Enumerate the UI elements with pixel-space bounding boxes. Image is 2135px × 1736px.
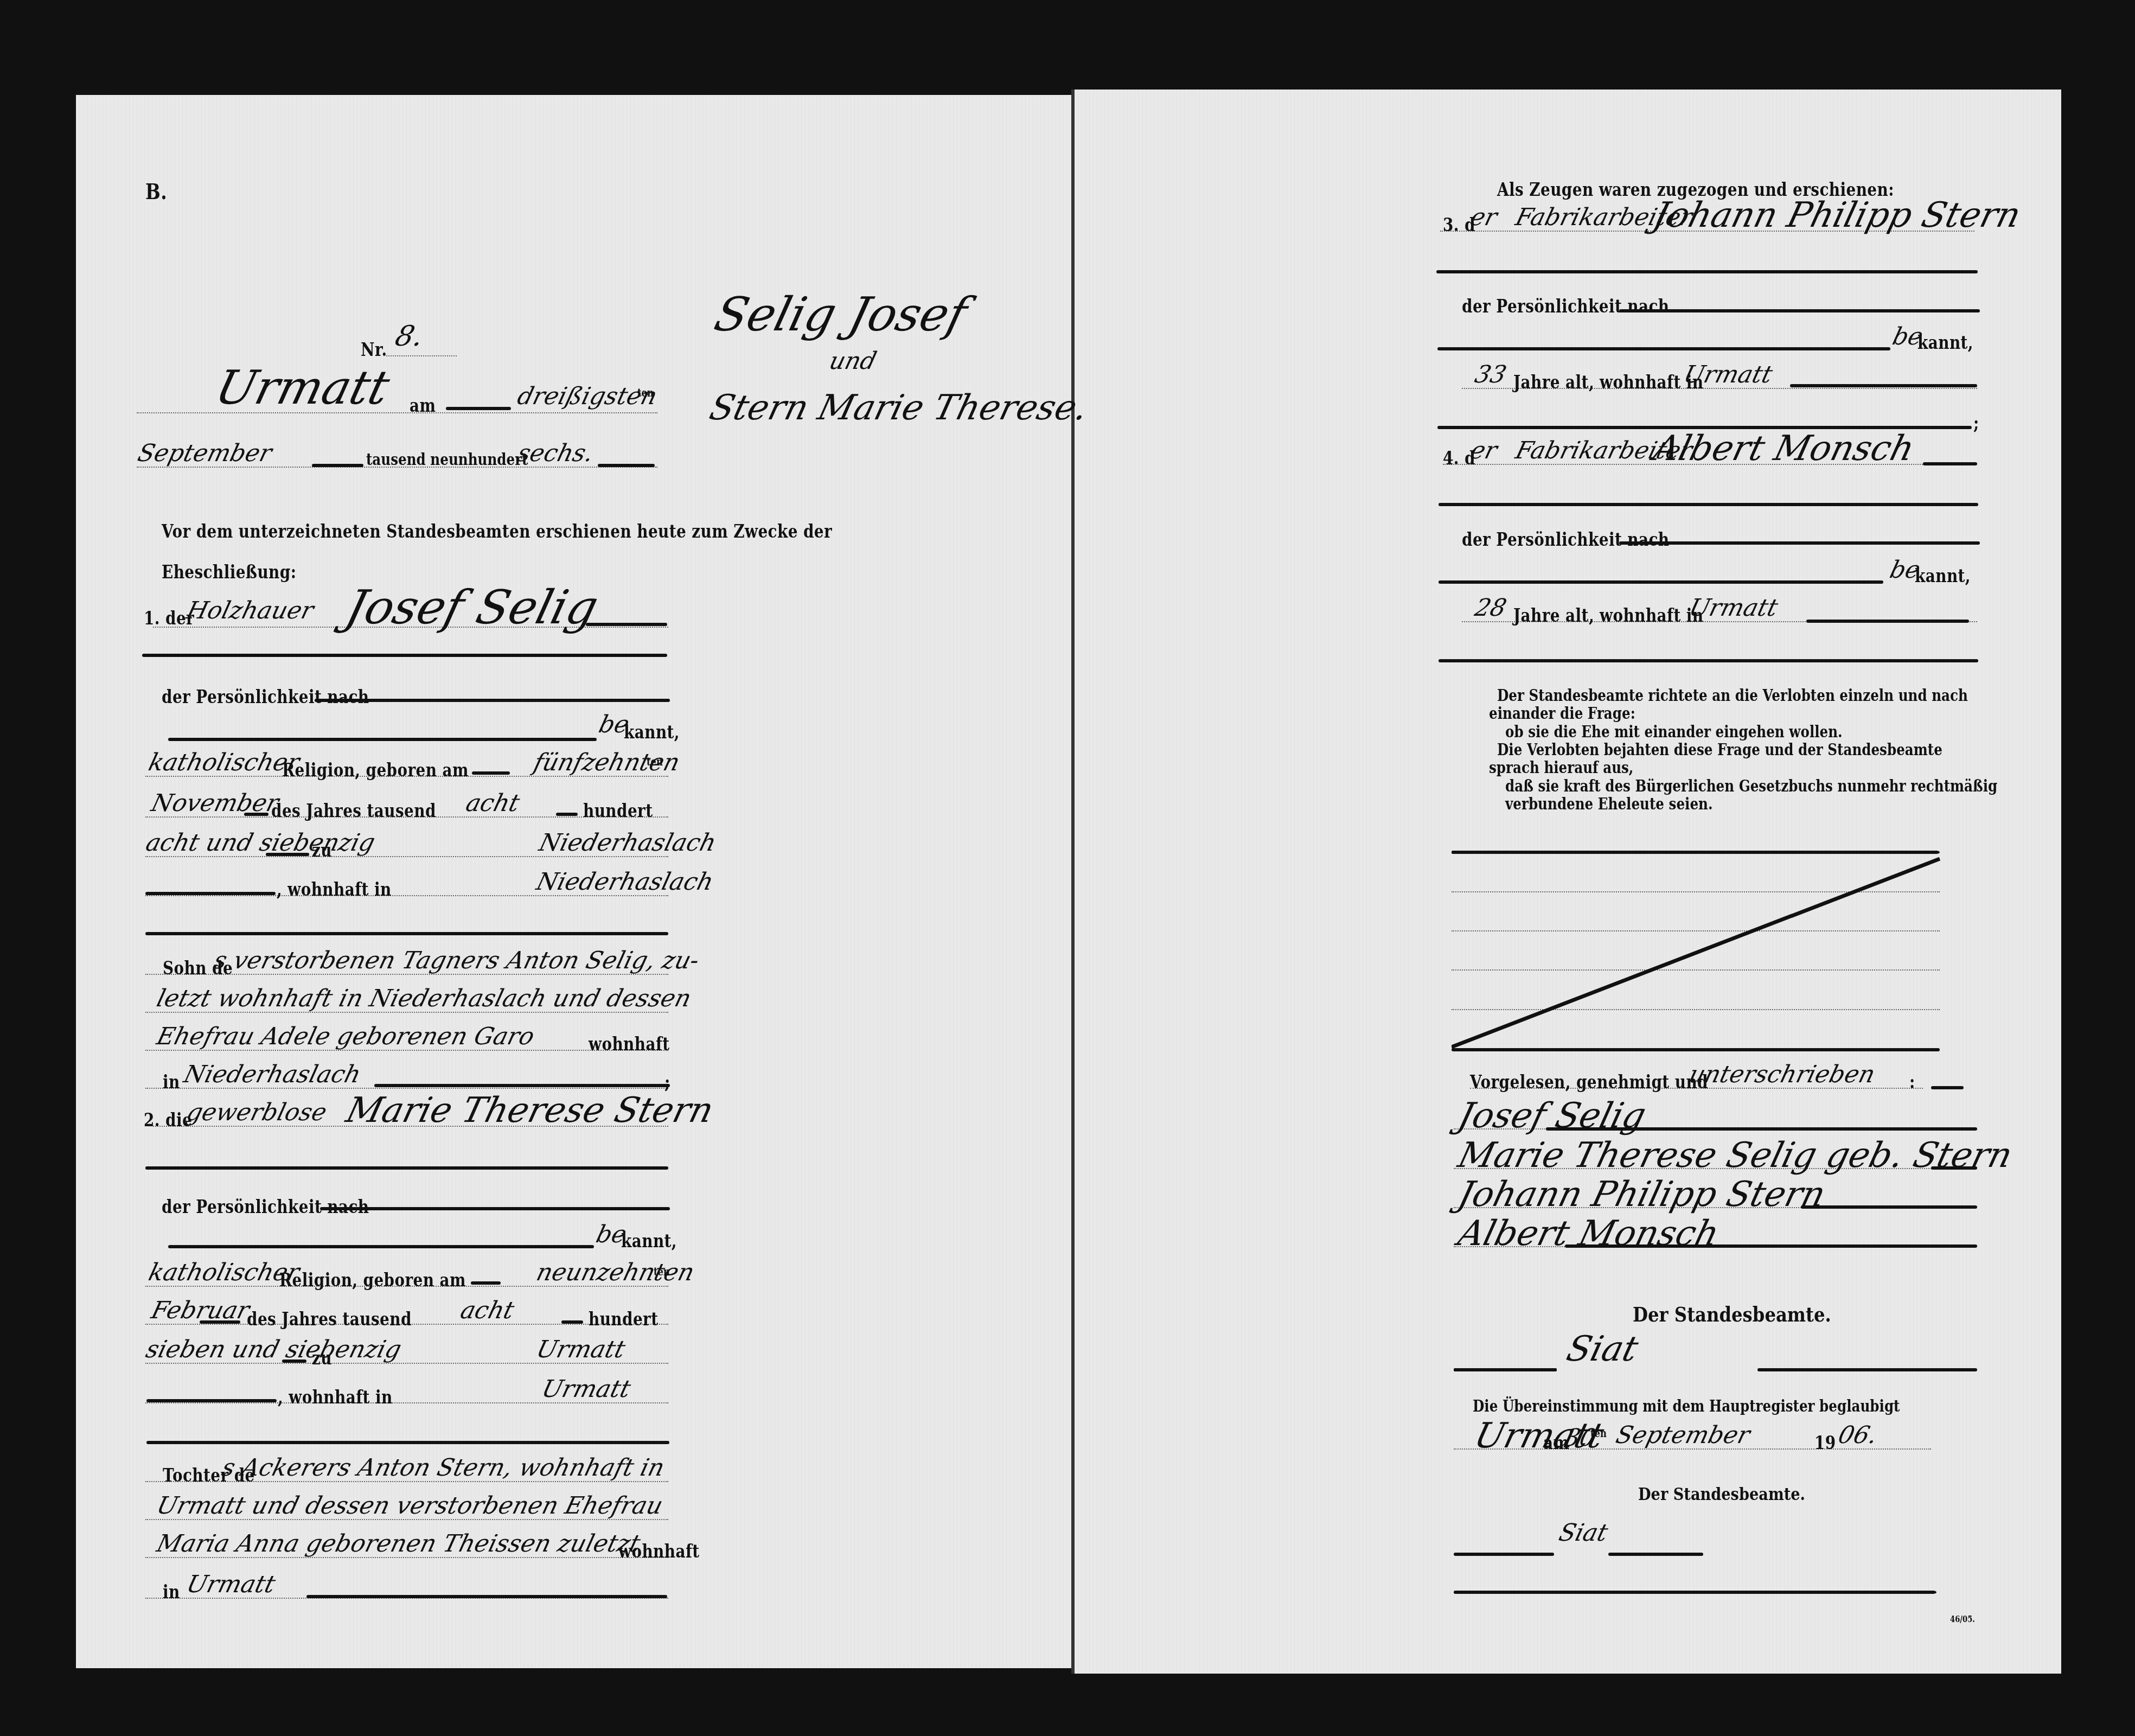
end-semicolon: ; — [1973, 412, 1979, 434]
person1-parents-residence: Niederhaslach — [181, 1061, 364, 1088]
rule — [142, 654, 667, 657]
ceremony-line-5: sprach hierauf aus, — [1489, 758, 1633, 777]
rule — [1439, 580, 1883, 584]
rule — [556, 813, 578, 816]
person1-occupation: Holzhauer — [184, 597, 317, 624]
person2-parents-line3: Maria Anna geborenen Theissen zuletzt — [154, 1530, 643, 1558]
end-semicolon: ; — [664, 1071, 670, 1093]
rule — [266, 853, 309, 856]
wohnhaft-label: , wohnhaft in — [277, 879, 392, 901]
rule — [168, 1245, 594, 1248]
official-signature-2: Siat — [1556, 1519, 1611, 1547]
year-word: sechs. — [515, 439, 597, 467]
person2-birth-day: neunzehnten — [534, 1259, 698, 1286]
cancel-top-rule — [1452, 851, 1940, 854]
rule — [1436, 270, 1978, 273]
religion-label: Religion, geboren am — [282, 759, 469, 781]
rule — [145, 932, 668, 935]
bekannt-label: kannt, — [1917, 332, 1973, 354]
rule — [168, 738, 597, 741]
rule — [1931, 1086, 1964, 1089]
margin-groom-name: Selig Josef — [709, 288, 973, 342]
hundert-label: hundert — [583, 800, 653, 822]
rule — [1931, 1166, 1977, 1170]
person1-birth-place: Niederhaslach — [536, 829, 719, 857]
rule — [1454, 1553, 1554, 1556]
rule — [561, 1320, 583, 1324]
des-jahres-label: des Jahres tausend — [247, 1309, 412, 1330]
intro-line-1: Vor dem unterzeichneten Standesbeamten e… — [162, 521, 832, 542]
signature-witness3: Johann Philipp Stern — [1454, 1175, 1830, 1215]
bekannt-label: kannt, — [621, 1230, 677, 1252]
cert-ten: ten — [1590, 1427, 1607, 1440]
rule — [282, 1360, 306, 1363]
rule — [244, 813, 269, 816]
rule — [306, 1595, 667, 1598]
person2-occupation: gewerblose — [184, 1099, 330, 1126]
person2-name: Marie Therese Stern — [342, 1090, 718, 1131]
hundert-label: hundert — [589, 1309, 658, 1330]
person2-residence: Urmatt — [539, 1375, 634, 1403]
rule — [1806, 620, 1969, 623]
person1-birth-century: acht — [463, 789, 523, 817]
rule — [145, 892, 276, 895]
number-line — [386, 355, 457, 356]
religion-label: Religion, geboren am — [279, 1269, 466, 1291]
rule — [1619, 541, 1980, 545]
cert-year-hw: 06. — [1836, 1421, 1881, 1449]
persoenlichkeit-label: der Persönlichkeit nach — [1462, 296, 1670, 317]
person2-birth-year-rest: sieben und siebenzig — [143, 1336, 404, 1363]
rule — [1546, 1127, 1977, 1131]
rule — [146, 1441, 669, 1444]
des-jahres-label: des Jahres tausend — [271, 800, 436, 822]
rule — [1757, 1368, 1977, 1371]
certification-text: Die Übereinstimmung mit dem Hauptregiste… — [1473, 1397, 1900, 1416]
cert-month: September — [1613, 1421, 1753, 1449]
rule — [1439, 503, 1978, 506]
person1-name: Josef Selig — [341, 580, 604, 635]
persoenlichkeit-label: der Persönlichkeit nach — [162, 686, 369, 708]
person2-birth-century: acht — [458, 1297, 517, 1324]
rule — [1565, 1244, 1977, 1248]
ceremony-line-3: ob sie die Ehe mit einander eingehen wol… — [1505, 723, 1843, 742]
book-spine — [1071, 90, 1075, 1674]
rule — [1619, 309, 1980, 312]
intro-line-2: Eheschließung: — [162, 561, 296, 583]
ten-suffix: ten — [647, 755, 663, 768]
parents-wohnhaft-label: wohnhaft — [618, 1541, 700, 1562]
parents-in-label: in — [163, 1581, 180, 1603]
rule — [1923, 462, 1977, 465]
rule — [471, 1281, 501, 1285]
witness4-name: Albert Monsch — [1650, 429, 1919, 469]
parents-in-label: in — [163, 1071, 180, 1093]
margin-bride-name: Stern Marie Therese. — [706, 388, 1092, 428]
wohnhaft-label: , wohnhaft in — [278, 1387, 393, 1408]
rule — [472, 771, 510, 775]
rule — [1608, 1553, 1703, 1556]
rule — [1437, 347, 1890, 350]
ceremony-line-6: daß sie kraft des Bürgerlichen Gesetzbuc… — [1505, 777, 1997, 796]
person1-religion: katholischer — [146, 749, 303, 776]
ceremony-line-1: Der Standesbeamte richtete an die Verlob… — [1497, 686, 1968, 705]
bekannt-label: kannt, — [624, 722, 680, 743]
ceremony-line-7: verbundene Eheleute seien. — [1505, 795, 1713, 814]
cert-year-print: 19 — [1814, 1432, 1836, 1454]
rule — [374, 1084, 670, 1087]
official-heading-2: Der Standesbeamte. — [1638, 1484, 1805, 1504]
zu-label: zu — [312, 840, 332, 861]
official-heading: Der Standesbeamte. — [1633, 1302, 1831, 1326]
ten-suffix: ten — [654, 1265, 670, 1278]
entry-number-label: Nr. — [361, 339, 387, 361]
rule — [146, 1399, 277, 1402]
read-hw: unterschrieben — [1686, 1061, 1878, 1088]
person1-parents-line3: Ehefrau Adele geborenen Garo — [154, 1023, 538, 1050]
rule — [200, 1320, 240, 1324]
read-label: Vorgelesen, genehmigt und — [1470, 1071, 1708, 1093]
margin-und: und — [827, 347, 880, 375]
bekannt-label: kannt, — [1915, 565, 1971, 587]
person2-parents-line2: Urmatt und dessen verstorbenen Ehefrau — [154, 1492, 666, 1520]
ceremony-line-4: Die Verlobten bejahten diese Frage und d… — [1497, 741, 1942, 759]
witness3-residence: Urmatt — [1681, 361, 1775, 388]
age-label: Jahre alt, wohnhaft in — [1513, 605, 1704, 627]
person1-parents-line2: letzt wohnhaft in Niederhaslach und dess… — [154, 985, 694, 1012]
rule — [446, 407, 511, 410]
person2-parents-line1: s Ackerers Anton Stern, wohnhaft in — [219, 1454, 668, 1482]
cancel-diagonal — [1452, 854, 1945, 1050]
witness3-name: Johann Philipp Stern — [1650, 195, 2025, 235]
person1-birth-year-rest: acht und siebenzig — [143, 829, 378, 857]
rule — [315, 699, 670, 702]
rule — [586, 623, 667, 626]
rule — [1439, 659, 1978, 662]
rule — [1454, 1591, 1936, 1594]
form-letter: B. — [145, 179, 167, 205]
persoenlichkeit-label: der Persönlichkeit nach — [1462, 529, 1670, 551]
ceremony-line-2: einander die Frage: — [1489, 704, 1635, 723]
rule — [1801, 1205, 1977, 1209]
ten-suffix: ten — [637, 386, 654, 399]
place: Urmatt — [210, 361, 395, 415]
parents-wohnhaft-label: wohnhaft — [589, 1033, 670, 1055]
rule — [1454, 1368, 1557, 1371]
witness4-residence: Urmatt — [1686, 594, 1781, 622]
person1-residence: Niederhaslach — [534, 868, 717, 896]
zu-label: zu — [312, 1348, 332, 1369]
tausend-label: tausend neunhundert — [366, 450, 528, 469]
official-signature: Siat — [1563, 1329, 1642, 1369]
form-code: 46/05. — [1950, 1614, 1975, 1624]
person2-birth-place: Urmatt — [534, 1336, 628, 1363]
am-label: am — [410, 395, 436, 417]
rule — [598, 464, 655, 467]
person2-parents-residence: Urmatt — [184, 1571, 278, 1598]
rule — [312, 464, 363, 467]
rule — [320, 1207, 670, 1210]
rule — [145, 1166, 668, 1170]
age-label: Jahre alt, wohnhaft in — [1513, 372, 1704, 393]
rule — [1790, 384, 1977, 387]
month: September — [135, 439, 275, 467]
person1-parents-line1: s verstorbenen Tagners Anton Selig, zu- — [211, 947, 702, 974]
read-colon: : — [1909, 1071, 1915, 1093]
